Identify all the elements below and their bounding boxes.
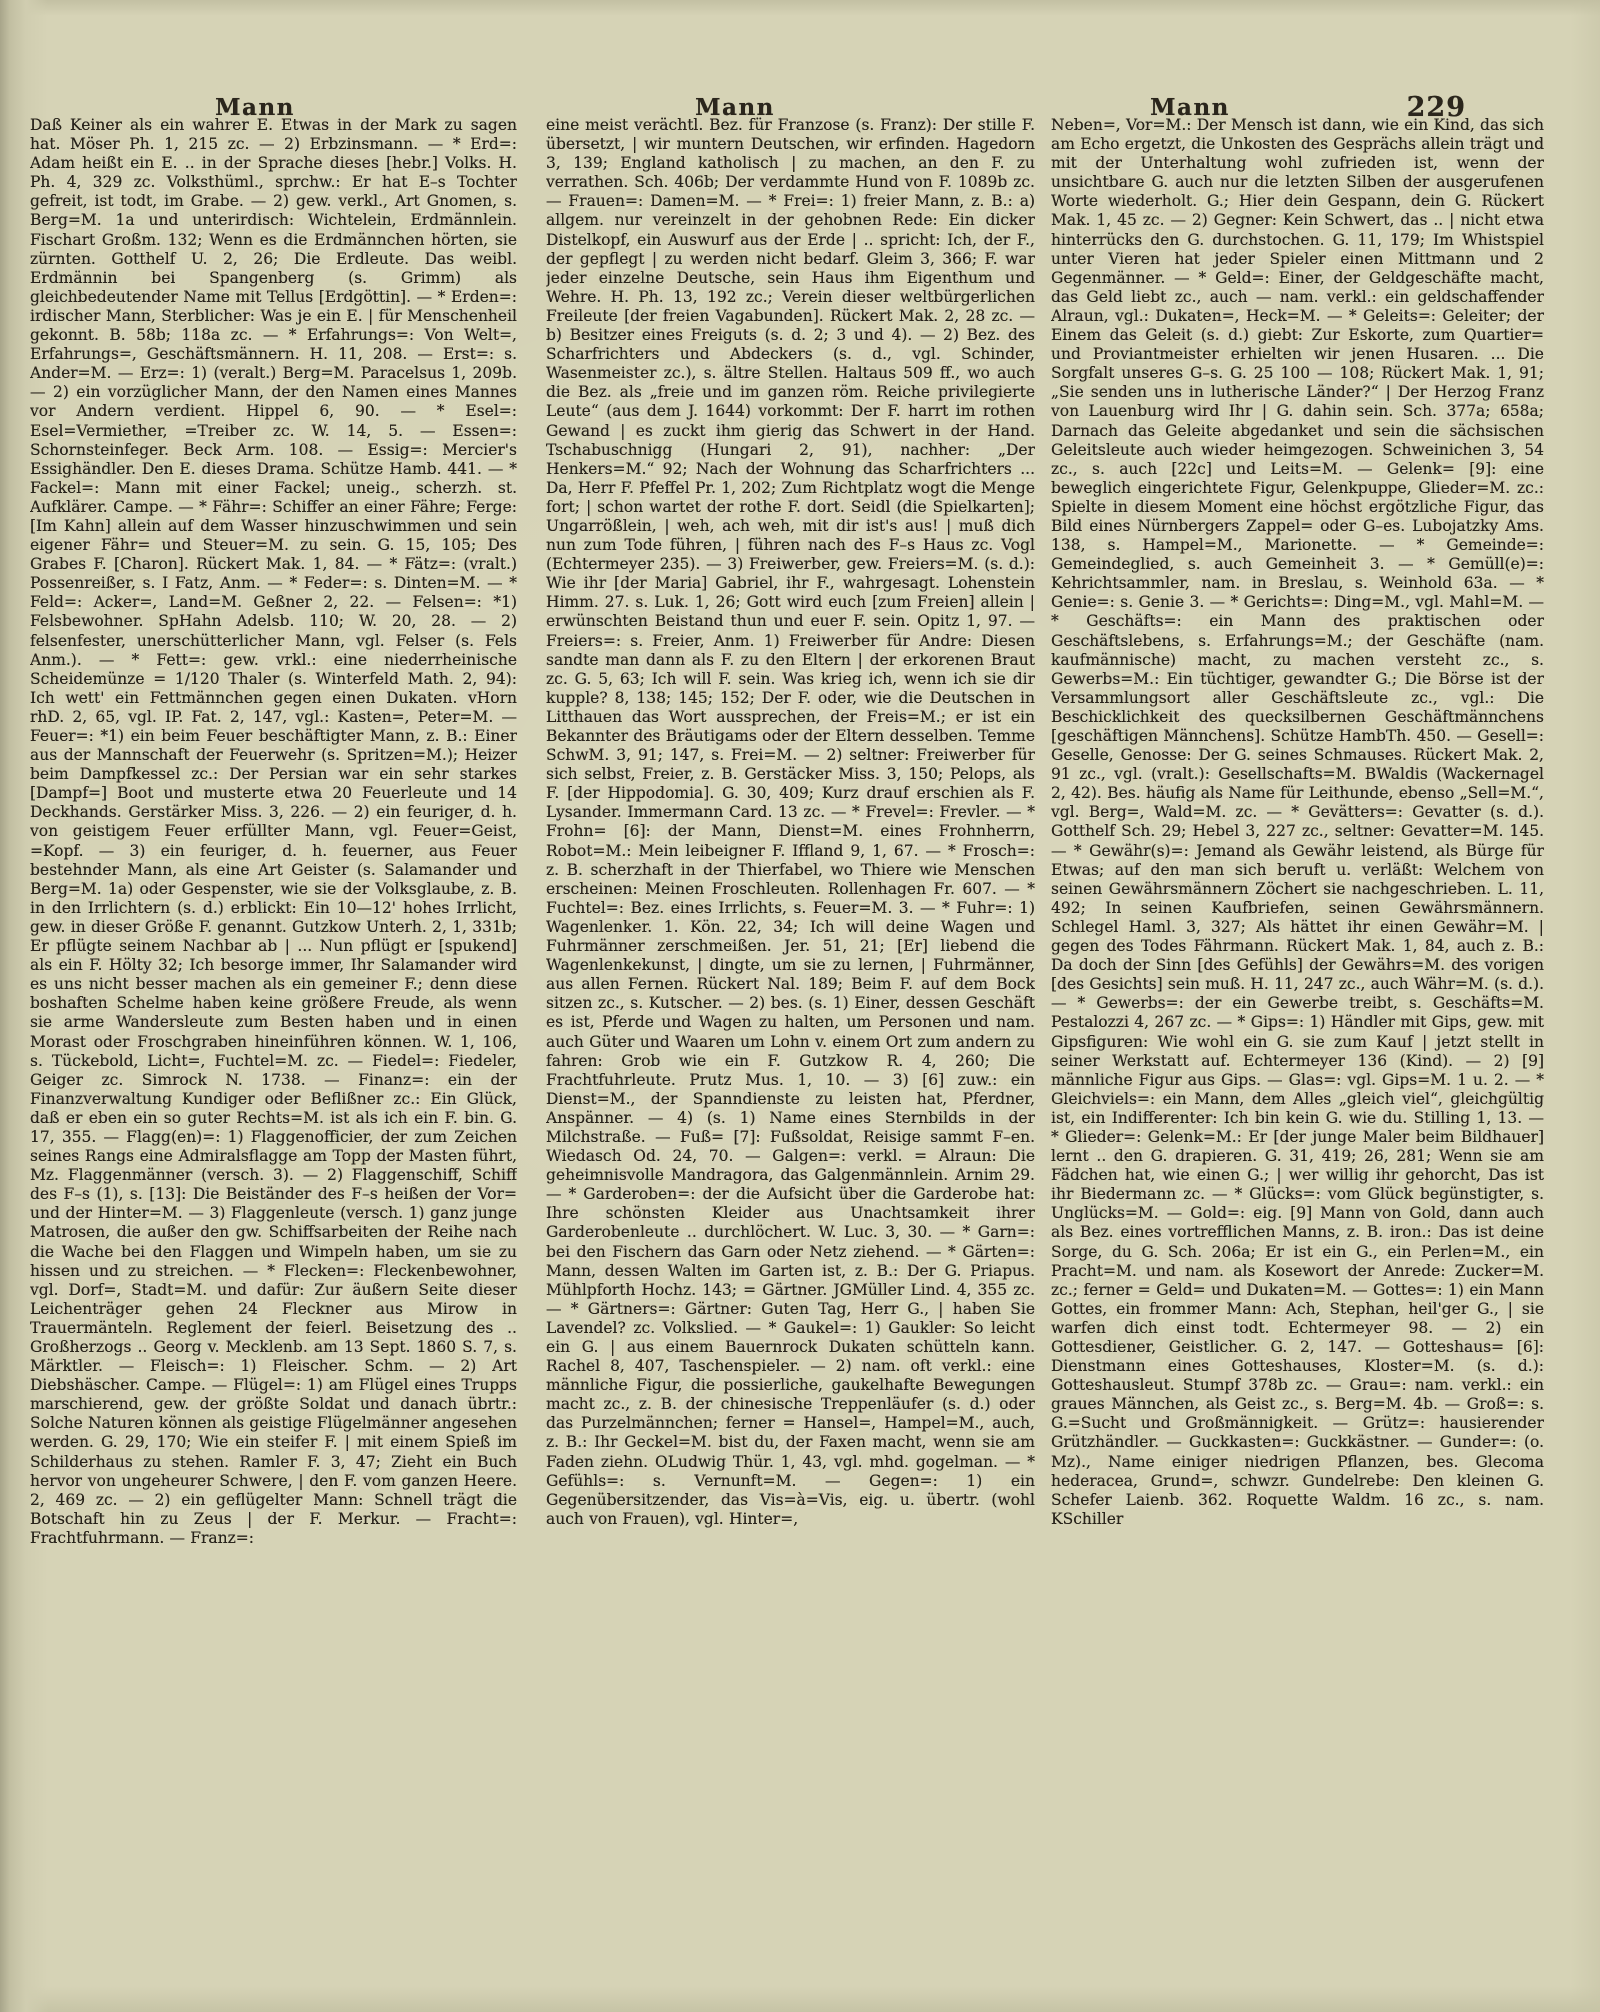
text-column-1: Daß Keiner als ein wahrer E. Etwas in de…: [30, 116, 517, 1798]
dictionary-page: Mann Mann Mann 229 Daß Keiner als ein wa…: [0, 0, 1600, 2012]
text-column-3: Neben=, Vor=M.: Der Mensch ist dann, wie…: [1051, 116, 1544, 1798]
text-column-2: eine meist verächtl. Bez. für Franzose (…: [546, 116, 1035, 1798]
